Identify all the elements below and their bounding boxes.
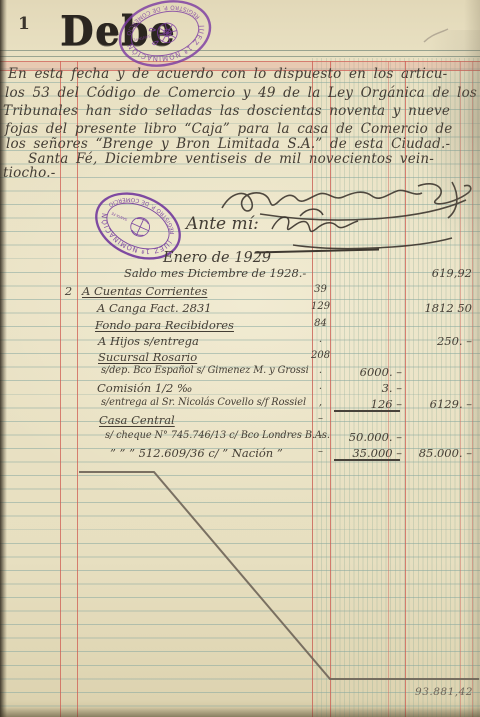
amount-sum-underline bbox=[334, 410, 400, 412]
ledger-row: Fondo para Recibidores84 bbox=[0, 318, 480, 334]
ledger-description: s/ cheque N° 745.746/13 c/ Bco Londres B… bbox=[105, 430, 330, 441]
ledger-amount-col1: 35.000 – bbox=[332, 446, 402, 460]
ledger-amount-col1: 6000. – bbox=[332, 365, 402, 379]
ante-mi-label: Ante mí: bbox=[186, 214, 259, 234]
paragraph-line: los 53 del Código de Comercio y 49 de la… bbox=[5, 85, 477, 101]
ledger-row: A Hijos s/entrega.250. – bbox=[0, 334, 480, 350]
ledger-row: A Canga Fact. 28311291812 50 bbox=[0, 301, 480, 317]
right-edge-shade bbox=[464, 0, 480, 717]
paragraph-line: los señores “Brenge y Bron Limitada S.A.… bbox=[6, 136, 450, 152]
ledger-folio: 39 bbox=[311, 284, 330, 295]
ledger-description: Saldo mes Diciembre de 1928.- bbox=[124, 266, 306, 280]
ledger-description: Fondo para Recibidores bbox=[95, 318, 234, 332]
ledger-row: s/dep. Bco Español s/ Gimenez M. y Gross… bbox=[0, 365, 480, 381]
stamp-crest-emblem bbox=[128, 215, 153, 240]
ledger-folio: – bbox=[311, 446, 330, 457]
paragraph-line: Tribunales han sido selladas las doscien… bbox=[3, 103, 450, 119]
ledger-folio: – bbox=[311, 413, 330, 424]
ledger-folio: . bbox=[311, 365, 330, 376]
ledger-row: s/entrega al Sr. Nicolás Covello s/f Ros… bbox=[0, 397, 480, 413]
ledger-amount-col1: 126 – bbox=[332, 397, 402, 411]
ledger-amount-col2: 1812 50 bbox=[406, 301, 472, 315]
ledger-row: ” ” ” 512.609/36 c/ ” Nación ”–35.000 –8… bbox=[0, 446, 480, 462]
ledger-amount-col1: 50.000. – bbox=[332, 430, 402, 444]
ledger-folio: 129 bbox=[311, 301, 330, 312]
ledger-row: 2A Cuentas Corrientes39 bbox=[0, 284, 480, 300]
ledger-description: Comisión 1/2 ‰ bbox=[97, 381, 192, 395]
ledger-description: A Cuentas Corrientes bbox=[82, 284, 207, 298]
ledger-folio: , bbox=[311, 397, 330, 408]
ledger-folio: – bbox=[311, 430, 330, 441]
ledger-row: Casa Central– bbox=[0, 413, 480, 429]
stamp-center-text: SANTA FE bbox=[111, 211, 128, 222]
ledger-description: A Canga Fact. 2831 bbox=[97, 301, 212, 315]
ledger-row: Comisión 1/2 ‰.3. – bbox=[0, 381, 480, 397]
paragraph-line: tiocho.- bbox=[3, 165, 55, 181]
page-number: 1 bbox=[18, 14, 30, 34]
ledger-margin-number: 2 bbox=[60, 284, 77, 298]
bottom-edge-shade bbox=[0, 707, 480, 717]
paragraph-line: En esta fecha y de acuerdo con lo dispue… bbox=[8, 66, 447, 82]
ledger-description: Sucursal Rosario bbox=[98, 350, 197, 364]
ledger-row: Saldo mes Diciembre de 1928.-619,92 bbox=[0, 266, 480, 282]
ledger-folio: 208 bbox=[311, 350, 330, 361]
ledger-description: s/dep. Bco Español s/ Gimenez M. y Gross… bbox=[101, 365, 309, 376]
ledger-folio: . bbox=[311, 381, 330, 392]
header-rule-2 bbox=[0, 56, 480, 57]
ledger-amount-col2: 85.000. – bbox=[406, 446, 472, 460]
ledger-amount-col2: 6129. – bbox=[406, 397, 472, 411]
ledger-description: Casa Central bbox=[99, 413, 175, 427]
amount-sum-underline bbox=[334, 459, 400, 461]
ledger-amount-col2: 250. – bbox=[406, 334, 472, 348]
left-edge-shade bbox=[0, 0, 7, 717]
ledger-description: A Hijos s/entrega bbox=[98, 334, 199, 348]
ledger-folio: . bbox=[311, 334, 330, 345]
stamp-center-text: SANTA FE bbox=[132, 34, 151, 42]
ledger-description: ” ” ” 512.609/36 c/ ” Nación ” bbox=[110, 446, 283, 460]
ledger-folio: 84 bbox=[311, 318, 330, 329]
ledger-amount-col1: 3. – bbox=[332, 381, 402, 395]
ledger-amount-col2: 619,92 bbox=[406, 266, 472, 280]
ledger-row: Sucursal Rosario208 bbox=[0, 350, 480, 366]
ledger-row: s/ cheque N° 745.746/13 c/ Bco Londres B… bbox=[0, 430, 480, 446]
paragraph-line: Santa Fé, Diciembre ventiseis de mil nov… bbox=[28, 151, 434, 167]
ledger-page: 1 Debe JUEZ 1ª NOMINACIÓN REGISTRO P. DE… bbox=[0, 0, 480, 717]
stamp-wheel-emblem bbox=[148, 21, 179, 47]
ledger-description: s/entrega al Sr. Nicolás Covello s/f Ros… bbox=[101, 397, 306, 408]
paragraph-line: fojas del presente libro “Caja” para la … bbox=[5, 121, 452, 137]
